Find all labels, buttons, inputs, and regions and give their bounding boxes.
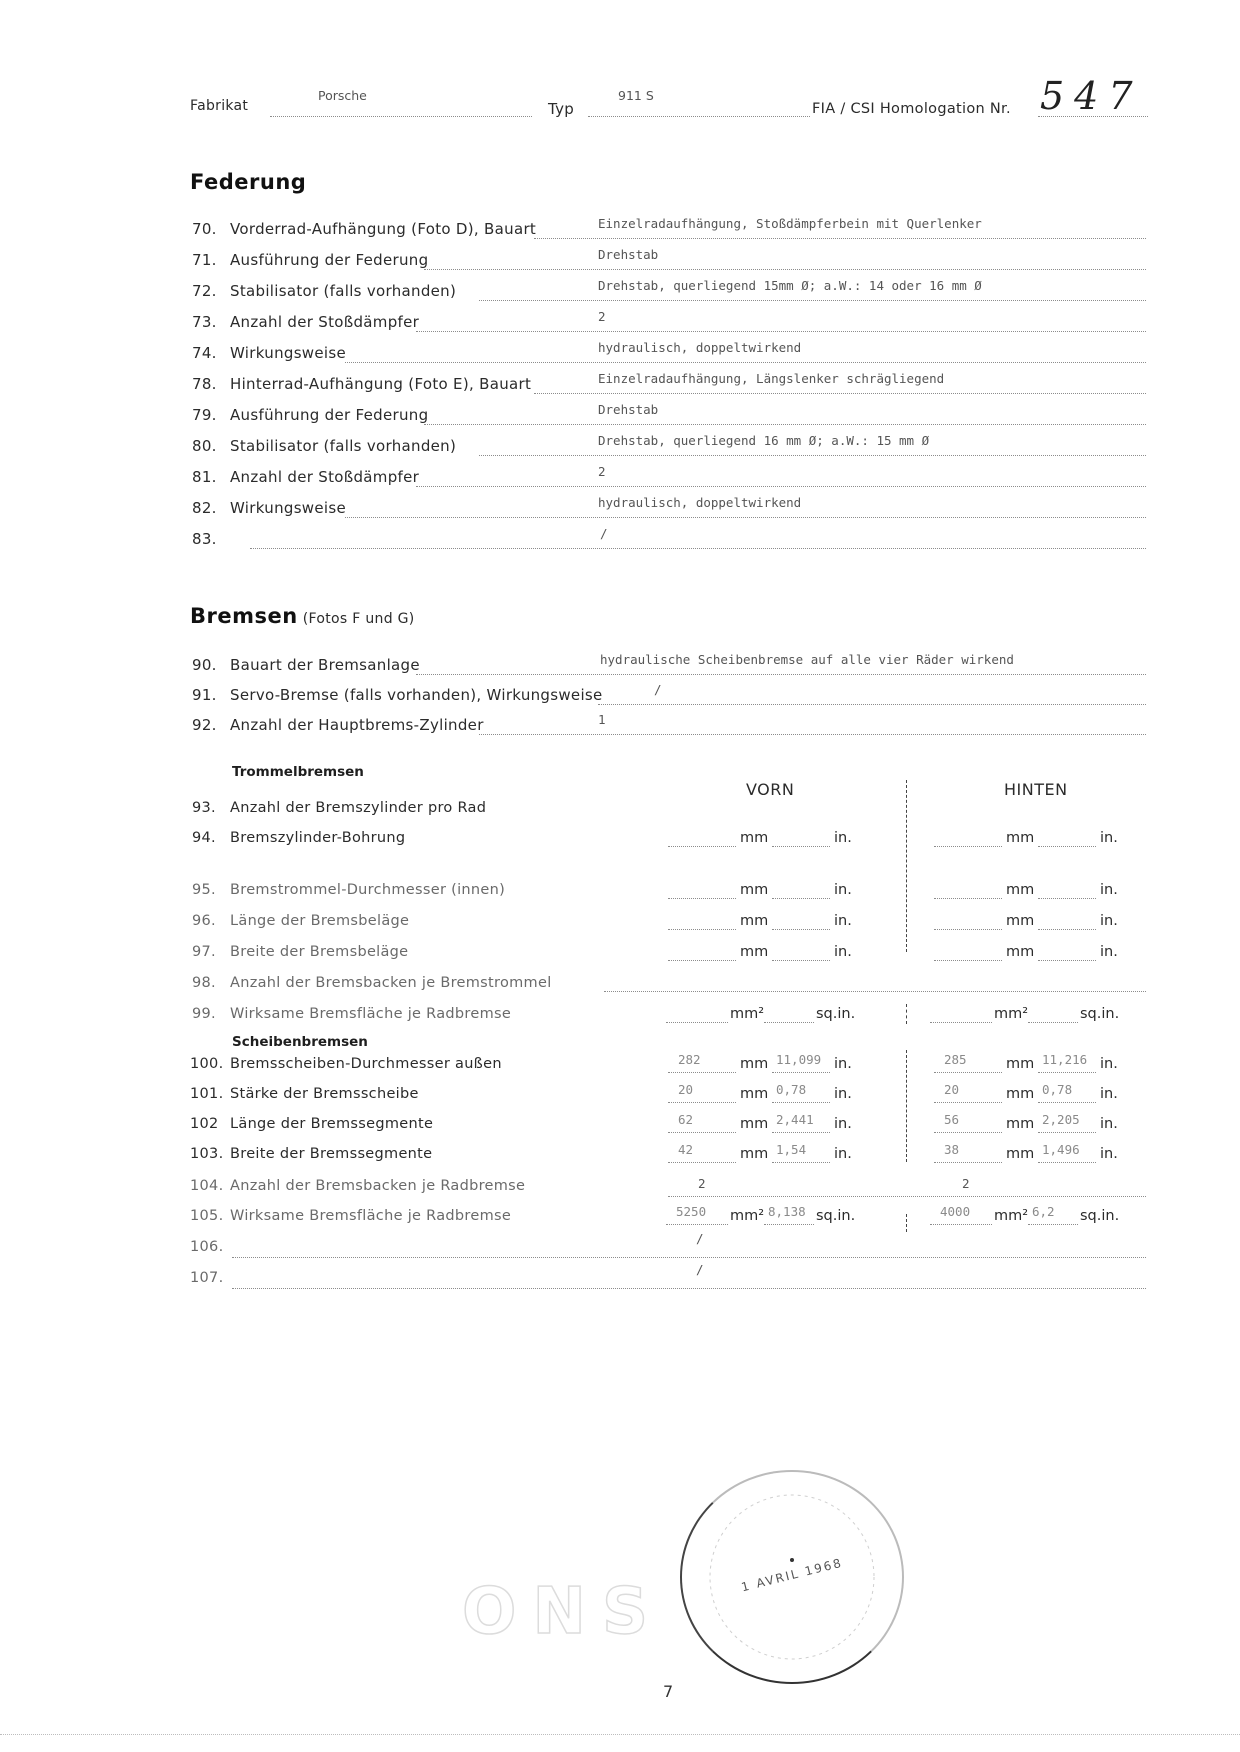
- mm-fill-line: [668, 846, 736, 847]
- in-unit: sq.in.: [1080, 1006, 1119, 1022]
- bremsen-subtitle: (Fotos F und G): [303, 611, 415, 627]
- vorn-count: 2: [698, 1176, 706, 1191]
- mm-unit: mm²: [994, 1208, 1028, 1224]
- row-value: Drehstab, querliegend 15mm Ø; a.W.: 14 o…: [598, 278, 982, 293]
- in-fill-line: [772, 898, 830, 899]
- row-number: 70.: [192, 220, 230, 238]
- mm-fill-line: [668, 1132, 736, 1133]
- in-unit: in.: [834, 944, 852, 960]
- in-fill-line: [1038, 1162, 1096, 1163]
- row-fill-line: [534, 393, 1146, 394]
- row-label: 72.Stabilisator (falls vorhanden): [192, 282, 456, 300]
- form-row: 90.Bauart der Bremsanlagehydraulische Sc…: [0, 650, 1240, 680]
- mm-unit: mm: [740, 1056, 768, 1072]
- row-label: 102Länge der Bremssegmente: [190, 1116, 433, 1132]
- form-row: 105.Wirksame Bremsfläche je Radbremse525…: [0, 1204, 1240, 1234]
- in-value: 6,2: [1032, 1204, 1055, 1219]
- hinten-count: 2: [962, 1176, 970, 1191]
- typ-line: [588, 116, 810, 117]
- in-value: 0,78: [776, 1082, 806, 1097]
- row-label: 83.: [192, 530, 230, 548]
- mm-unit: mm: [740, 830, 768, 846]
- row-label: 78.Hinterrad-Aufhängung (Foto E), Bauart: [192, 375, 531, 393]
- row-fill-line: [604, 991, 1146, 992]
- row-value: hydraulisch, doppeltwirkend: [598, 495, 801, 510]
- mm-fill-line: [668, 960, 736, 961]
- row-value: Drehstab: [598, 247, 658, 262]
- mm-unit: mm: [740, 882, 768, 898]
- ons-watermark: ONS: [462, 1575, 664, 1649]
- row-fill-line: [416, 674, 1146, 675]
- mm-fill-line: [666, 1224, 728, 1225]
- form-row: 83./: [0, 524, 1240, 555]
- row-label: 82.Wirkungsweise: [192, 499, 346, 517]
- mm-fill-line: [668, 1102, 736, 1103]
- row-value: Einzelradaufhängung, Längslenker schrägl…: [598, 371, 944, 386]
- form-row: 74.Wirkungsweisehydraulisch, doppeltwirk…: [0, 338, 1240, 369]
- row-label-text: Ausführung der Federung: [230, 406, 428, 424]
- in-fill-line: [772, 1162, 830, 1163]
- fabrikat-value: Porsche: [318, 88, 367, 103]
- mm-unit: mm: [740, 913, 768, 929]
- mm-unit: mm: [1006, 1116, 1034, 1132]
- row-fill-line: [345, 517, 1146, 518]
- row-value: /: [696, 1231, 704, 1246]
- mm-unit: mm²: [730, 1006, 764, 1022]
- row-number: 103.: [190, 1146, 230, 1162]
- homologation-label: FIA / CSI Homologation Nr.: [812, 101, 1011, 117]
- row-number: 97.: [192, 944, 230, 960]
- form-row: 81.Anzahl der Stoßdämpfer2: [0, 462, 1240, 493]
- row-label: 92.Anzahl der Hauptbrems-Zylinder: [192, 716, 484, 734]
- row-label: 103.Breite der Bremssegmente: [190, 1146, 432, 1162]
- row-number: 99.: [192, 1006, 230, 1022]
- row-number: 105.: [190, 1208, 230, 1224]
- in-unit: sq.in.: [816, 1006, 855, 1022]
- row-label: 93.Anzahl der Bremszylinder pro Rad: [192, 800, 486, 816]
- row-fill-line: [534, 238, 1146, 239]
- mm-unit: mm: [1006, 830, 1034, 846]
- row-fill-line: [598, 704, 1147, 705]
- form-row: 98.Anzahl der Bremsbacken je Bremstromme…: [0, 971, 1240, 1001]
- row-label-text: Bremstrommel-Durchmesser (innen): [230, 882, 505, 898]
- in-value: 1,496: [1042, 1142, 1080, 1157]
- form-row: 94.Bremszylinder-Bohrungmmin.mmin.: [0, 826, 1240, 856]
- row-label: 70.Vorderrad-Aufhängung (Foto D), Bauart: [192, 220, 536, 238]
- in-unit: in.: [1100, 1146, 1118, 1162]
- row-number: 101.: [190, 1086, 230, 1102]
- row-label: 99.Wirksame Bremsfläche je Radbremse: [192, 1006, 511, 1022]
- row-fill-line: [479, 734, 1146, 735]
- row-label-text: Anzahl der Bremsbacken je Bremstrommel: [230, 975, 552, 991]
- row-label: 74.Wirkungsweise: [192, 344, 346, 362]
- row-label: 107.: [190, 1270, 230, 1286]
- in-unit: in.: [1100, 1056, 1118, 1072]
- row-number: 92.: [192, 716, 230, 734]
- row-number: 96.: [192, 913, 230, 929]
- form-row: 103.Breite der Bremssegmente42mm1,54in.3…: [0, 1142, 1240, 1172]
- row-value: /: [696, 1262, 704, 1277]
- mm-fill-line: [934, 898, 1002, 899]
- subsection-trommelbremsen: Trommelbremsen: [232, 764, 364, 780]
- in-fill-line: [772, 846, 830, 847]
- row-label-text: Länge der Bremsbeläge: [230, 913, 409, 929]
- row-label: 96.Länge der Bremsbeläge: [192, 913, 409, 929]
- in-unit: in.: [1100, 913, 1118, 929]
- row-label: 80.Stabilisator (falls vorhanden): [192, 437, 456, 455]
- mm-unit: mm: [1006, 1146, 1034, 1162]
- row-number: 83.: [192, 530, 230, 548]
- mm-fill-line: [934, 1132, 1002, 1133]
- row-label-text: Ausführung der Federung: [230, 251, 428, 269]
- mm-unit: mm: [1006, 1086, 1034, 1102]
- in-fill-line: [772, 960, 830, 961]
- row-fill-line: [424, 269, 1146, 270]
- form-row: 97.Breite der Bremsbelägemmin.mmin.: [0, 940, 1240, 970]
- in-fill-line: [1038, 1072, 1096, 1073]
- in-unit: in.: [1100, 944, 1118, 960]
- row-number: 74.: [192, 344, 230, 362]
- row-number: 95.: [192, 882, 230, 898]
- row-value: /: [654, 682, 662, 697]
- mm-value: 282: [678, 1052, 701, 1067]
- row-label-text: Anzahl der Stoßdämpfer: [230, 468, 419, 486]
- mm-value: 4000: [940, 1204, 970, 1219]
- row-fill-line: [232, 1257, 1146, 1258]
- homologation-number: 547: [1040, 74, 1143, 118]
- form-row: 99.Wirksame Bremsfläche je Radbremsemm²s…: [0, 1002, 1240, 1032]
- row-label-text: Wirksame Bremsfläche je Radbremse: [230, 1208, 511, 1224]
- row-label: 98.Anzahl der Bremsbacken je Bremstromme…: [192, 975, 552, 991]
- row-label: 81.Anzahl der Stoßdämpfer: [192, 468, 419, 486]
- in-fill-line: [1038, 1102, 1096, 1103]
- mm-unit: mm: [1006, 913, 1034, 929]
- row-label: 101.Stärke der Bremsscheibe: [190, 1086, 419, 1102]
- form-row: 80.Stabilisator (falls vorhanden)Drehsta…: [0, 431, 1240, 462]
- mm-fill-line: [934, 1072, 1002, 1073]
- row-number: 91.: [192, 686, 230, 704]
- form-row: 95.Bremstrommel-Durchmesser (innen)mmin.…: [0, 878, 1240, 908]
- row-number: 82.: [192, 499, 230, 517]
- row-number: 72.: [192, 282, 230, 300]
- row-label-text: Wirkungsweise: [230, 499, 346, 517]
- mm-value: 20: [678, 1082, 693, 1097]
- in-unit: in.: [834, 882, 852, 898]
- section-title-federung: Federung: [190, 170, 306, 194]
- in-fill-line: [772, 929, 830, 930]
- in-fill-line: [772, 1072, 830, 1073]
- in-unit: in.: [834, 1146, 852, 1162]
- mm-unit: mm: [1006, 944, 1034, 960]
- mm-fill-line: [668, 929, 736, 930]
- row-label-text: Breite der Bremsbeläge: [230, 944, 408, 960]
- row-fill-line: [479, 455, 1146, 456]
- mm-unit: mm: [740, 944, 768, 960]
- in-fill-line: [1038, 846, 1096, 847]
- row-label: 71.Ausführung der Federung: [192, 251, 428, 269]
- row-label-text: Servo-Bremse (falls vorhanden), Wirkungs…: [230, 686, 603, 704]
- row-number: 98.: [192, 975, 230, 991]
- mm-fill-line: [668, 1072, 736, 1073]
- row-value: Einzelradaufhängung, Stoßdämpferbein mit…: [598, 216, 982, 231]
- row-value: /: [600, 526, 608, 541]
- mm-value: 56: [944, 1112, 959, 1127]
- federation-stamp: 1 AVRIL 1968: [680, 1470, 904, 1684]
- in-value: 0,78: [1042, 1082, 1072, 1097]
- row-label-text: Anzahl der Hauptbrems-Zylinder: [230, 716, 484, 734]
- row-number: 78.: [192, 375, 230, 393]
- row-label: 73.Anzahl der Stoßdämpfer: [192, 313, 419, 331]
- row-label-text: Stabilisator (falls vorhanden): [230, 437, 456, 455]
- mm-unit: mm: [740, 1086, 768, 1102]
- row-value: 2: [598, 309, 606, 324]
- mm-fill-line: [930, 1224, 992, 1225]
- scan-edge-line: [0, 1734, 1240, 1735]
- form-row: 70.Vorderrad-Aufhängung (Foto D), Bauart…: [0, 214, 1240, 245]
- in-fill-line: [1038, 929, 1096, 930]
- mm-fill-line: [934, 846, 1002, 847]
- in-unit: in.: [834, 830, 852, 846]
- typ-label: Typ: [548, 100, 574, 118]
- row-label-text: Stärke der Bremsscheibe: [230, 1086, 419, 1102]
- form-row: 91.Servo-Bremse (falls vorhanden), Wirku…: [0, 680, 1240, 710]
- row-label: 79.Ausführung der Federung: [192, 406, 428, 424]
- mm-value: 20: [944, 1082, 959, 1097]
- subsection-scheibenbremsen: Scheibenbremsen: [232, 1034, 368, 1050]
- row-label-text: Anzahl der Stoßdämpfer: [230, 313, 419, 331]
- mm-value: 5250: [676, 1204, 706, 1219]
- in-value: 2,205: [1042, 1112, 1080, 1127]
- row-fill-line: [416, 486, 1146, 487]
- row-value: 1: [598, 712, 606, 727]
- mm-value: 38: [944, 1142, 959, 1157]
- form-row: 96.Länge der Bremsbelägemmin.mmin.: [0, 909, 1240, 939]
- mm-unit: mm: [740, 1116, 768, 1132]
- form-row: 82.Wirkungsweisehydraulisch, doppeltwirk…: [0, 493, 1240, 524]
- form-row: 73.Anzahl der Stoßdämpfer2: [0, 307, 1240, 338]
- row-fill-line: [250, 548, 1146, 549]
- form-row: 100.Bremsscheiben-Durchmesser außen282mm…: [0, 1052, 1240, 1082]
- fabrikat-line: [270, 116, 532, 117]
- row-number: 80.: [192, 437, 230, 455]
- mm-unit: mm: [740, 1146, 768, 1162]
- mm-unit: mm²: [994, 1006, 1028, 1022]
- form-row: 93.Anzahl der Bremszylinder pro Rad: [0, 796, 1240, 826]
- row-label-text: Hinterrad-Aufhängung (Foto E), Bauart: [230, 375, 531, 393]
- typ-value: 911 S: [618, 88, 654, 103]
- in-value: 8,138: [768, 1204, 806, 1219]
- in-unit: in.: [1100, 882, 1118, 898]
- row-fill-line: [479, 300, 1146, 301]
- row-fill-line: [345, 362, 1146, 363]
- fabrikat-label: Fabrikat: [190, 98, 248, 114]
- row-label-text: Anzahl der Bremsbacken je Radbremse: [230, 1178, 525, 1194]
- form-row: 72.Stabilisator (falls vorhanden)Drehsta…: [0, 276, 1240, 307]
- row-number: 106.: [190, 1239, 230, 1255]
- row-label-text: Stabilisator (falls vorhanden): [230, 282, 456, 300]
- row-label-text: Anzahl der Bremszylinder pro Rad: [230, 800, 486, 816]
- row-number: 100.: [190, 1056, 230, 1072]
- mm-fill-line: [934, 1162, 1002, 1163]
- mm-fill-line: [668, 1162, 736, 1163]
- form-row: 102Länge der Bremssegmente62mm2,441in.56…: [0, 1112, 1240, 1142]
- row-label-text: Wirkungsweise: [230, 344, 346, 362]
- row-label: 94.Bremszylinder-Bohrung: [192, 830, 405, 846]
- row-label-text: Bauart der Bremsanlage: [230, 656, 420, 674]
- mm-fill-line: [666, 1022, 728, 1023]
- mm-unit: mm: [1006, 1056, 1034, 1072]
- row-label: 104.Anzahl der Bremsbacken je Radbremse: [190, 1178, 525, 1194]
- page-number: 7: [663, 1682, 673, 1701]
- mm-fill-line: [930, 1022, 992, 1023]
- mm-fill-line: [934, 929, 1002, 930]
- form-row: 104.Anzahl der Bremsbacken je Radbremse2…: [0, 1174, 1240, 1204]
- row-value: hydraulisch, doppeltwirkend: [598, 340, 801, 355]
- row-fill-line: [416, 331, 1146, 332]
- mm-fill-line: [934, 960, 1002, 961]
- row-number: 90.: [192, 656, 230, 674]
- mm-value: 285: [944, 1052, 967, 1067]
- row-number: 81.: [192, 468, 230, 486]
- in-fill-line: [1038, 898, 1096, 899]
- in-fill-line: [1028, 1022, 1078, 1023]
- row-number: 73.: [192, 313, 230, 331]
- form-row: 79.Ausführung der FederungDrehstab: [0, 400, 1240, 431]
- row-value: Drehstab: [598, 402, 658, 417]
- form-row: 106./: [0, 1235, 1240, 1265]
- row-value: hydraulische Scheibenbremse auf alle vie…: [600, 652, 1014, 667]
- mm-unit: mm: [1006, 882, 1034, 898]
- form-row: 107./: [0, 1266, 1240, 1296]
- row-label-text: Bremsscheiben-Durchmesser außen: [230, 1056, 502, 1072]
- row-fill-line: [232, 1288, 1146, 1289]
- row-label: 105.Wirksame Bremsfläche je Radbremse: [190, 1208, 511, 1224]
- form-row: 78.Hinterrad-Aufhängung (Foto E), Bauart…: [0, 369, 1240, 400]
- mm-fill-line: [668, 898, 736, 899]
- in-fill-line: [1038, 1132, 1096, 1133]
- row-label: 90.Bauart der Bremsanlage: [192, 656, 420, 674]
- mm-unit: mm²: [730, 1208, 764, 1224]
- row-number: 93.: [192, 800, 230, 816]
- in-fill-line: [1038, 960, 1096, 961]
- in-value: 11,216: [1042, 1052, 1087, 1067]
- row-label-text: Wirksame Bremsfläche je Radbremse: [230, 1006, 511, 1022]
- in-fill-line: [772, 1102, 830, 1103]
- row-value: Drehstab, querliegend 16 mm Ø; a.W.: 15 …: [598, 433, 929, 448]
- in-unit: in.: [1100, 1116, 1118, 1132]
- in-fill-line: [1028, 1224, 1078, 1225]
- row-number: 71.: [192, 251, 230, 269]
- mm-fill-line: [934, 1102, 1002, 1103]
- mm-value: 62: [678, 1112, 693, 1127]
- in-unit: in.: [834, 1086, 852, 1102]
- row-value: 2: [598, 464, 606, 479]
- row-number: 104.: [190, 1178, 230, 1194]
- row-label: 95.Bremstrommel-Durchmesser (innen): [192, 882, 505, 898]
- row-label-text: Vorderrad-Aufhängung (Foto D), Bauart: [230, 220, 536, 238]
- row-number: 102: [190, 1116, 230, 1132]
- mm-value: 42: [678, 1142, 693, 1157]
- in-fill-line: [764, 1224, 814, 1225]
- row-fill-line: [668, 1196, 1146, 1197]
- in-fill-line: [764, 1022, 814, 1023]
- in-unit: in.: [834, 913, 852, 929]
- in-value: 11,099: [776, 1052, 821, 1067]
- in-unit: in.: [1100, 1086, 1118, 1102]
- row-number: 79.: [192, 406, 230, 424]
- row-fill-line: [424, 424, 1146, 425]
- in-fill-line: [772, 1132, 830, 1133]
- in-value: 2,441: [776, 1112, 814, 1127]
- row-label-text: Breite der Bremssegmente: [230, 1146, 432, 1162]
- in-unit: sq.in.: [1080, 1208, 1119, 1224]
- in-unit: in.: [834, 1116, 852, 1132]
- in-unit: in.: [834, 1056, 852, 1072]
- row-label: 100.Bremsscheiben-Durchmesser außen: [190, 1056, 502, 1072]
- in-unit: sq.in.: [816, 1208, 855, 1224]
- form-row: 92.Anzahl der Hauptbrems-Zylinder1: [0, 710, 1240, 740]
- row-number: 94.: [192, 830, 230, 846]
- row-label: 91.Servo-Bremse (falls vorhanden), Wirku…: [192, 686, 603, 704]
- row-label-text: Länge der Bremssegmente: [230, 1116, 433, 1132]
- row-label: 97.Breite der Bremsbeläge: [192, 944, 408, 960]
- row-label-text: Bremszylinder-Bohrung: [230, 830, 405, 846]
- in-unit: in.: [1100, 830, 1118, 846]
- row-label: 106.: [190, 1239, 230, 1255]
- form-row: 101.Stärke der Bremsscheibe20mm0,78in.20…: [0, 1082, 1240, 1112]
- row-number: 107.: [190, 1270, 230, 1286]
- section-title-bremsen: Bremsen (Fotos F und G): [190, 604, 415, 628]
- bremsen-title: Bremsen: [190, 604, 298, 628]
- form-row: 71.Ausführung der FederungDrehstab: [0, 245, 1240, 276]
- in-value: 1,54: [776, 1142, 806, 1157]
